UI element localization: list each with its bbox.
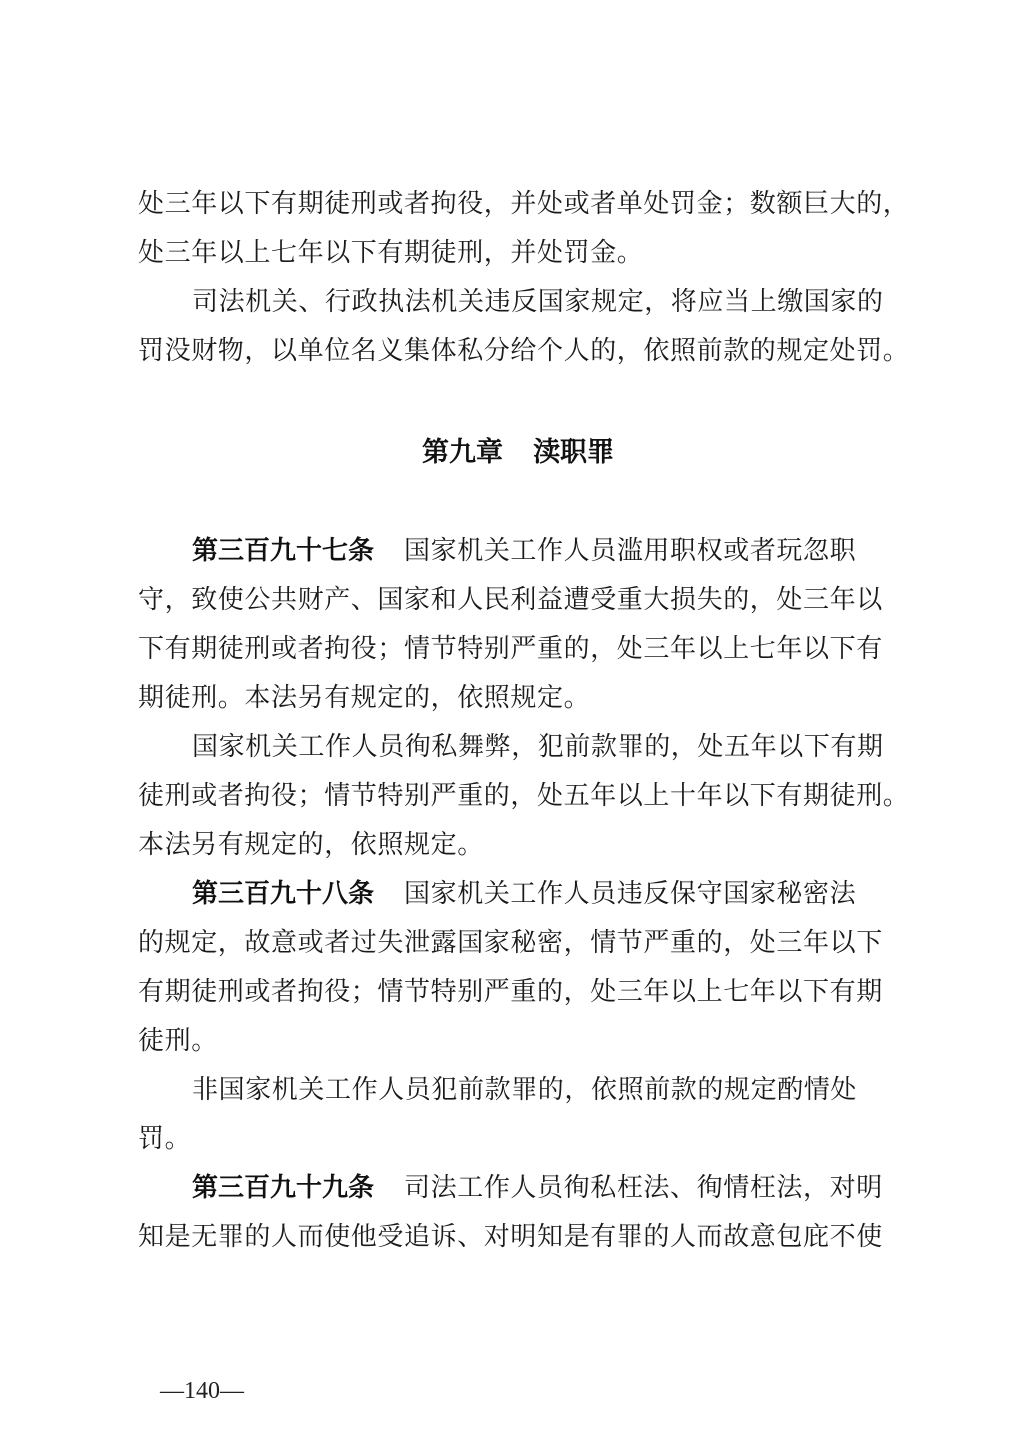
text-line: 罚没财物，以单位名义集体私分给个人的，依照前款的规定处罚。 <box>138 327 898 376</box>
text-line: 下有期徒刑或者拘役；情节特别严重的，处三年以上七年以下有 <box>138 625 898 674</box>
text-line: 国家机关工作人员徇私舞弊，犯前款罪的，处五年以下有期 <box>138 723 898 772</box>
article-heading: 第三百九十八条 <box>192 879 374 909</box>
text-line: 徒刑。 <box>138 1017 898 1066</box>
text-line: 本法另有规定的，依照规定。 <box>138 821 898 870</box>
paragraph: 司法机关、行政执法机关违反国家规定，将应当上缴国家的 罚没财物，以单位名义集体私… <box>138 278 898 376</box>
article-397: 第三百九十七条国家机关工作人员滥用职权或者玩忽职 守，致使公共财产、国家和人民利… <box>138 527 898 870</box>
article-text: 国家机关工作人员滥用职权或者玩忽职 <box>404 536 856 566</box>
text-line: 有期徒刑或者拘役；情节特别严重的，处三年以上七年以下有期 <box>138 968 898 1017</box>
text-line: 的规定，故意或者过失泄露国家秘密，情节严重的，处三年以下 <box>138 919 898 968</box>
article-text: 司法工作人员徇私枉法、徇情枉法，对明 <box>404 1173 883 1203</box>
text-line: 期徒刑。本法另有规定的，依照规定。 <box>138 674 898 723</box>
chapter-number: 第九章 <box>422 437 503 468</box>
text-line: 罚。 <box>138 1115 898 1164</box>
text-line: 第三百九十九条司法工作人员徇私枉法、徇情枉法，对明 <box>138 1164 898 1213</box>
article-text: 国家机关工作人员违反保守国家秘密法 <box>404 879 856 909</box>
chapter-name: 渎职罪 <box>533 437 614 468</box>
article-398: 第三百九十八条国家机关工作人员违反保守国家秘密法 的规定，故意或者过失泄露国家秘… <box>138 870 898 1164</box>
text-line: 处三年以上七年以下有期徒刑，并处罚金。 <box>138 229 898 278</box>
text-line: 守，致使公共财产、国家和人民利益遭受重大损失的，处三年以 <box>138 576 898 625</box>
text-line: 司法机关、行政执法机关违反国家规定，将应当上缴国家的 <box>138 278 898 327</box>
continuation-paragraph: 处三年以下有期徒刑或者拘役，并处或者单处罚金；数额巨大的， 处三年以上七年以下有… <box>138 180 898 278</box>
page-number: —140— <box>160 1378 244 1405</box>
article-heading: 第三百九十九条 <box>192 1173 374 1203</box>
article-399: 第三百九十九条司法工作人员徇私枉法、徇情枉法，对明 知是无罪的人而使他受追诉、对… <box>138 1164 898 1262</box>
article-heading: 第三百九十七条 <box>192 536 374 566</box>
text-line: 徒刑或者拘役；情节特别严重的，处五年以上十年以下有期徒刑。 <box>138 772 898 821</box>
text-line: 处三年以下有期徒刑或者拘役，并处或者单处罚金；数额巨大的， <box>138 180 898 229</box>
chapter-title: 第九章渎职罪 <box>138 430 898 469</box>
text-line: 非国家机关工作人员犯前款罪的，依照前款的规定酌情处 <box>138 1066 898 1115</box>
text-line: 知是无罪的人而使他受追诉、对明知是有罪的人而故意包庇不使 <box>138 1213 898 1262</box>
text-line: 第三百九十八条国家机关工作人员违反保守国家秘密法 <box>138 870 898 919</box>
text-line: 第三百九十七条国家机关工作人员滥用职权或者玩忽职 <box>138 527 898 576</box>
